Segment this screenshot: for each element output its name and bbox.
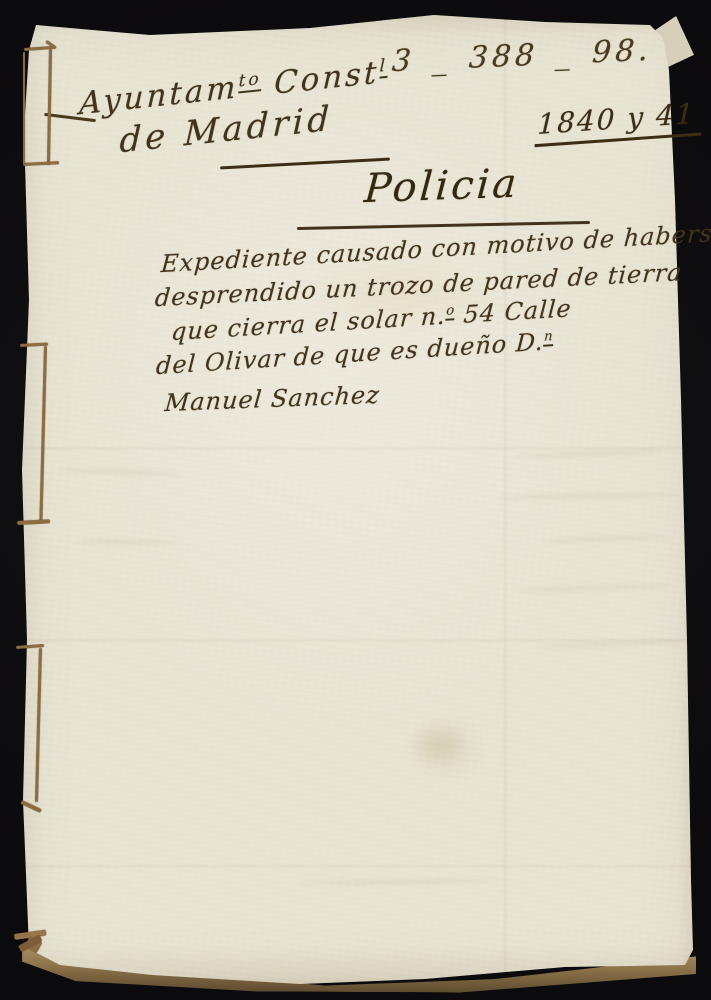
binding-thread-top [23,52,25,164]
org-header-line1-sup1: to [238,69,262,94]
org-header-line1-sup2: l [379,55,388,78]
document-title: Policia [363,161,521,213]
summary-line-4-sup: n [544,329,554,347]
paper-watermark [405,713,487,783]
archive-photograph: 3 _ 388 _ 98. Ayuntamto Constl de Madrid… [0,0,711,1000]
